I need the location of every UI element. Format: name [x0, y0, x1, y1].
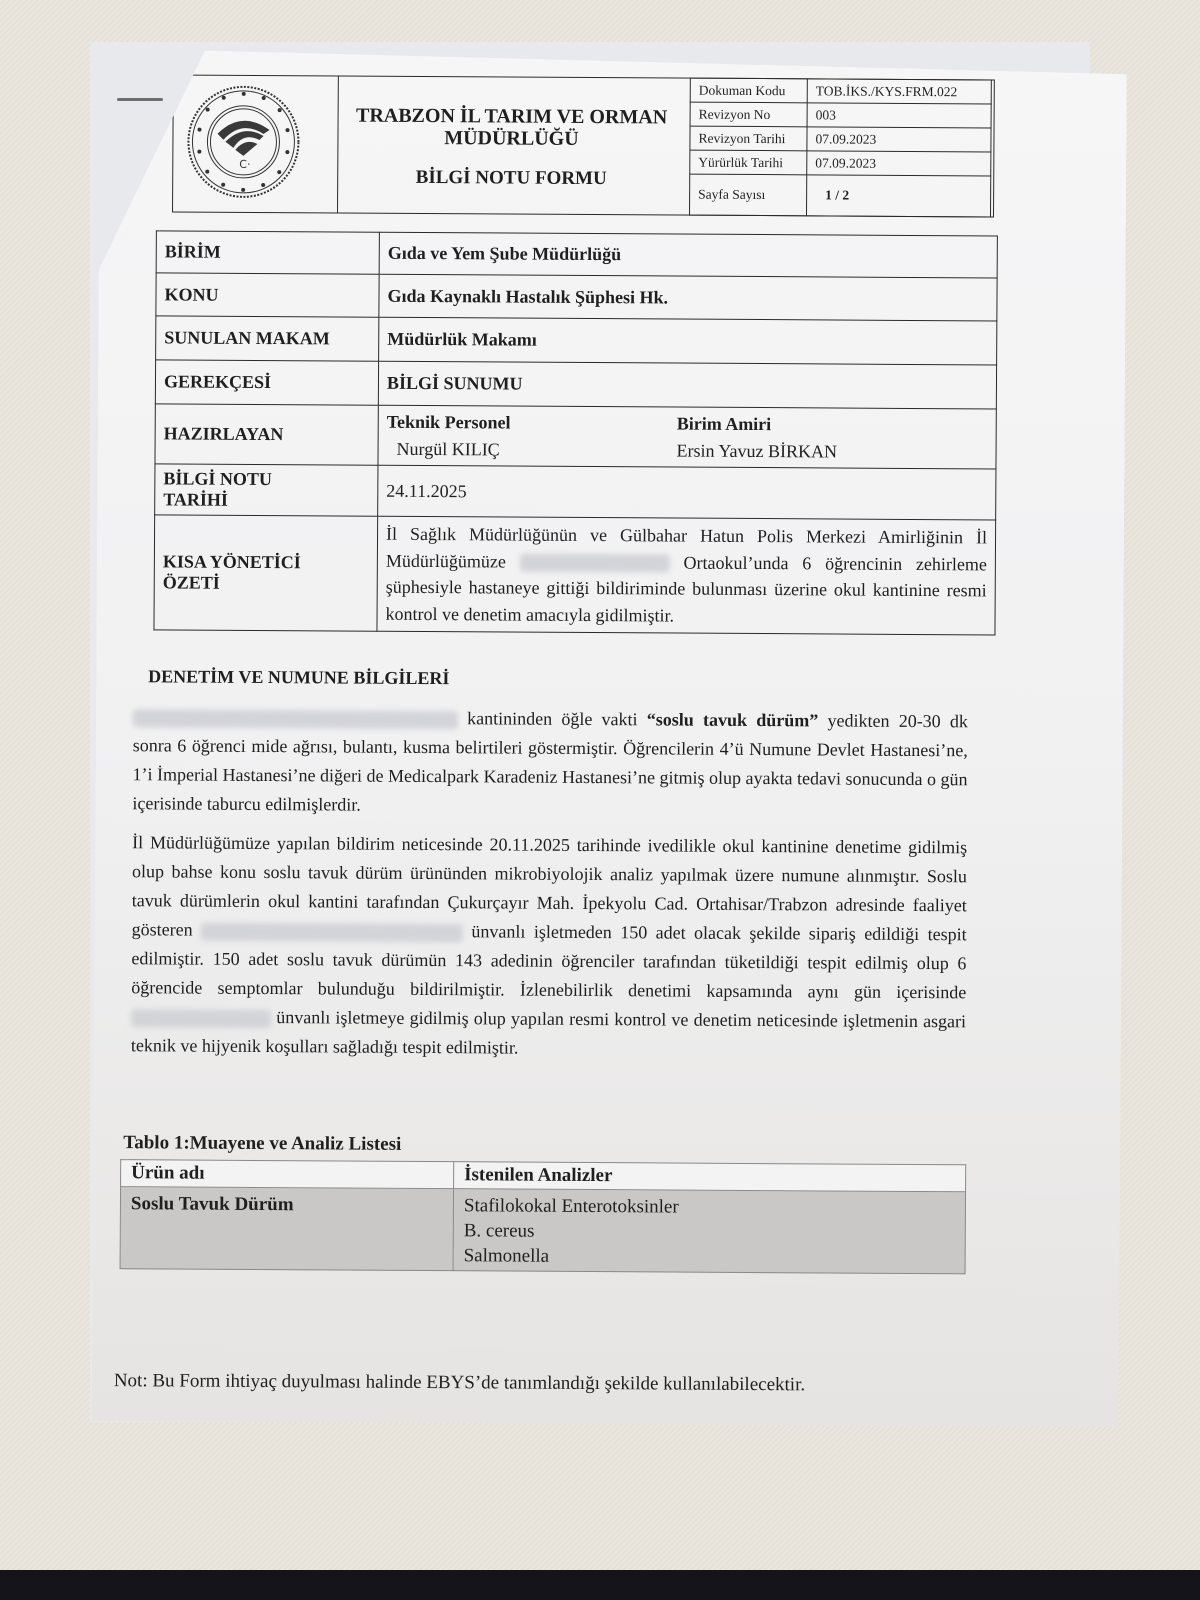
meta-value: 07.09.2023: [807, 127, 991, 152]
info-value: Müdürlük Makamı: [379, 317, 997, 365]
org-name: TRABZON İL TARIM VE ORMAN MÜDÜRLÜĞÜ: [337, 104, 685, 150]
redacted-school-name: [133, 709, 458, 729]
info-label: BİRİM: [156, 231, 379, 274]
info-row-sunulan-makam: SUNULAN MAKAM Müdürlük Makamı: [156, 316, 997, 365]
column-header: Ürün adı: [121, 1160, 454, 1189]
unit-head-name: Ersin Yavuz BİRKAN: [676, 440, 966, 463]
redacted-school-name: [520, 554, 670, 573]
meta-row: Revizyon Tarihi07.09.2023: [690, 126, 991, 152]
meta-row: Dokuman KoduTOB.İKS./KYS.FRM.022: [690, 78, 991, 104]
technical-staff-name: Nurgül KILIÇ: [387, 438, 677, 461]
table-caption: Tablo 1:Muayene ve Analiz Listesi: [123, 1132, 401, 1156]
svg-text:C·: C·: [239, 158, 250, 171]
info-label: KISA YÖNETİCİ ÖZETİ: [154, 515, 378, 631]
title-cell: TRABZON İL TARIM VE ORMAN MÜDÜRLÜĞÜ BİLG…: [337, 76, 686, 214]
footer-note: Not: Bu Form ihtiyaç duyulması halinde E…: [114, 1370, 805, 1396]
info-label-line: TARİHİ: [163, 489, 369, 511]
info-value: BİLGİ SUNUMU: [378, 361, 996, 409]
org-name-line1: TRABZON İL TARIM VE ORMAN: [338, 104, 686, 128]
meta-row: Sayfa Sayısı1 / 2: [690, 174, 991, 217]
logo-cell: C·: [173, 75, 339, 212]
analysis-item: Stafilokokal Enterotoksinler: [464, 1193, 955, 1221]
meta-key: Sayfa Sayısı: [690, 174, 807, 216]
product-name-bold: “soslu tavuk dürüm”: [647, 709, 819, 730]
info-label: BİLGİ NOTU TARİHİ: [155, 464, 378, 516]
document-page: C· TRABZON İL TARIM VE ORMAN MÜDÜRLÜĞÜ B…: [92, 50, 1127, 1427]
redacted-business-name: [201, 923, 463, 943]
technical-staff-title: Teknik Personel: [387, 411, 677, 434]
meta-key: Yürürlük Tarihi: [690, 150, 807, 175]
analysis-table: Ürün adı İstenilen Analizler Soslu Tavuk…: [120, 1159, 967, 1274]
info-row-birim: BİRİM Gıda ve Yem Şube Müdürlüğü: [156, 231, 997, 278]
info-label: GEREKÇESİ: [155, 360, 378, 405]
preparers: Teknik Personel Nurgül KILIÇ Birim Amiri…: [387, 411, 988, 463]
analysis-item: Salmonella: [464, 1243, 955, 1271]
column-header: İstenilen Analizler: [454, 1162, 966, 1192]
info-label: SUNULAN MAKAM: [156, 316, 379, 361]
info-table: BİRİM Gıda ve Yem Şube Müdürlüğü KONU Gı…: [153, 230, 997, 635]
product-cell: Soslu Tavuk Dürüm: [120, 1187, 453, 1271]
section-title: DENETİM VE NUMUNE BİLGİLERİ: [148, 666, 449, 689]
paragraph-text: kantininden öğle vakti: [467, 708, 638, 729]
info-value: 24.11.2025: [378, 465, 996, 520]
meta-row: Yürürlük Tarihi07.09.2023: [690, 150, 991, 176]
meta-row: Revizyon No003: [690, 102, 991, 128]
paragraph-2: İl Müdürlüğümüze yapılan bildirim netice…: [131, 828, 967, 1065]
info-value: Teknik Personel Nurgül KILIÇ Birim Amiri…: [378, 405, 996, 469]
ministry-seal-icon: C·: [183, 82, 304, 203]
table-row: Soslu Tavuk Dürüm Stafilokokal Enterotok…: [120, 1187, 965, 1274]
info-label-line: BİLGİ NOTU: [163, 468, 369, 490]
analyses-cell: Stafilokokal Enterotoksinler B. cereus S…: [453, 1189, 965, 1274]
meta-key: Revizyon No: [690, 102, 807, 127]
meta-key: Revizyon Tarihi: [690, 126, 807, 151]
document-meta-table: Dokuman KoduTOB.İKS./KYS.FRM.022 Revizyo…: [689, 78, 992, 218]
info-row-konu: KONU Gıda Kaynaklı Hastalık Şüphesi Hk.: [156, 273, 997, 321]
analysis-item: B. cereus: [464, 1218, 955, 1246]
meta-key: Dokuman Kodu: [690, 78, 807, 103]
info-label: HAZIRLAYAN: [155, 404, 378, 465]
info-label-line: KISA YÖNETİCİ: [163, 551, 369, 573]
form-header: C· TRABZON İL TARIM VE ORMAN MÜDÜRLÜĞÜ B…: [172, 74, 995, 217]
form-title: BİLGİ NOTU FORMU: [337, 166, 685, 190]
info-row-gerekcesi: GEREKÇESİ BİLGİ SUNUMU: [155, 360, 996, 409]
org-name-line2: MÜDÜRLÜĞÜ: [337, 126, 685, 150]
info-row-tarih: BİLGİ NOTU TARİHİ 24.11.2025: [155, 464, 996, 520]
technical-staff: Teknik Personel Nurgül KILIÇ: [387, 411, 677, 461]
paragraph-1: kantininden öğle vakti “soslu tavuk dürü…: [132, 702, 968, 823]
info-row-ozet: KISA YÖNETİCİ ÖZETİ İl Sağlık Müdürlüğün…: [154, 515, 996, 635]
executive-summary: İl Sağlık Müdürlüğünün ve Gülbahar Hatun…: [377, 516, 996, 635]
redacted-business-name: [131, 1009, 271, 1028]
unit-head-title: Birim Amiri: [677, 413, 967, 436]
info-label-line: ÖZETİ: [163, 572, 369, 594]
info-row-hazirlayan: HAZIRLAYAN Teknik Personel Nurgül KILIÇ …: [155, 404, 996, 469]
unit-head: Birim Amiri Ersin Yavuz BİRKAN: [676, 413, 966, 463]
info-label: KONU: [156, 273, 379, 317]
meta-value: 003: [807, 103, 991, 128]
info-value: Gıda Kaynaklı Hastalık Şüphesi Hk.: [379, 274, 997, 321]
staple: [117, 98, 163, 101]
meta-value: 1 / 2: [807, 175, 991, 217]
info-value: Gıda ve Yem Şube Müdürlüğü: [379, 232, 997, 278]
table-edge-shadow: [0, 1570, 1200, 1600]
meta-value: TOB.İKS./KYS.FRM.022: [807, 79, 991, 104]
meta-value: 07.09.2023: [807, 151, 991, 176]
